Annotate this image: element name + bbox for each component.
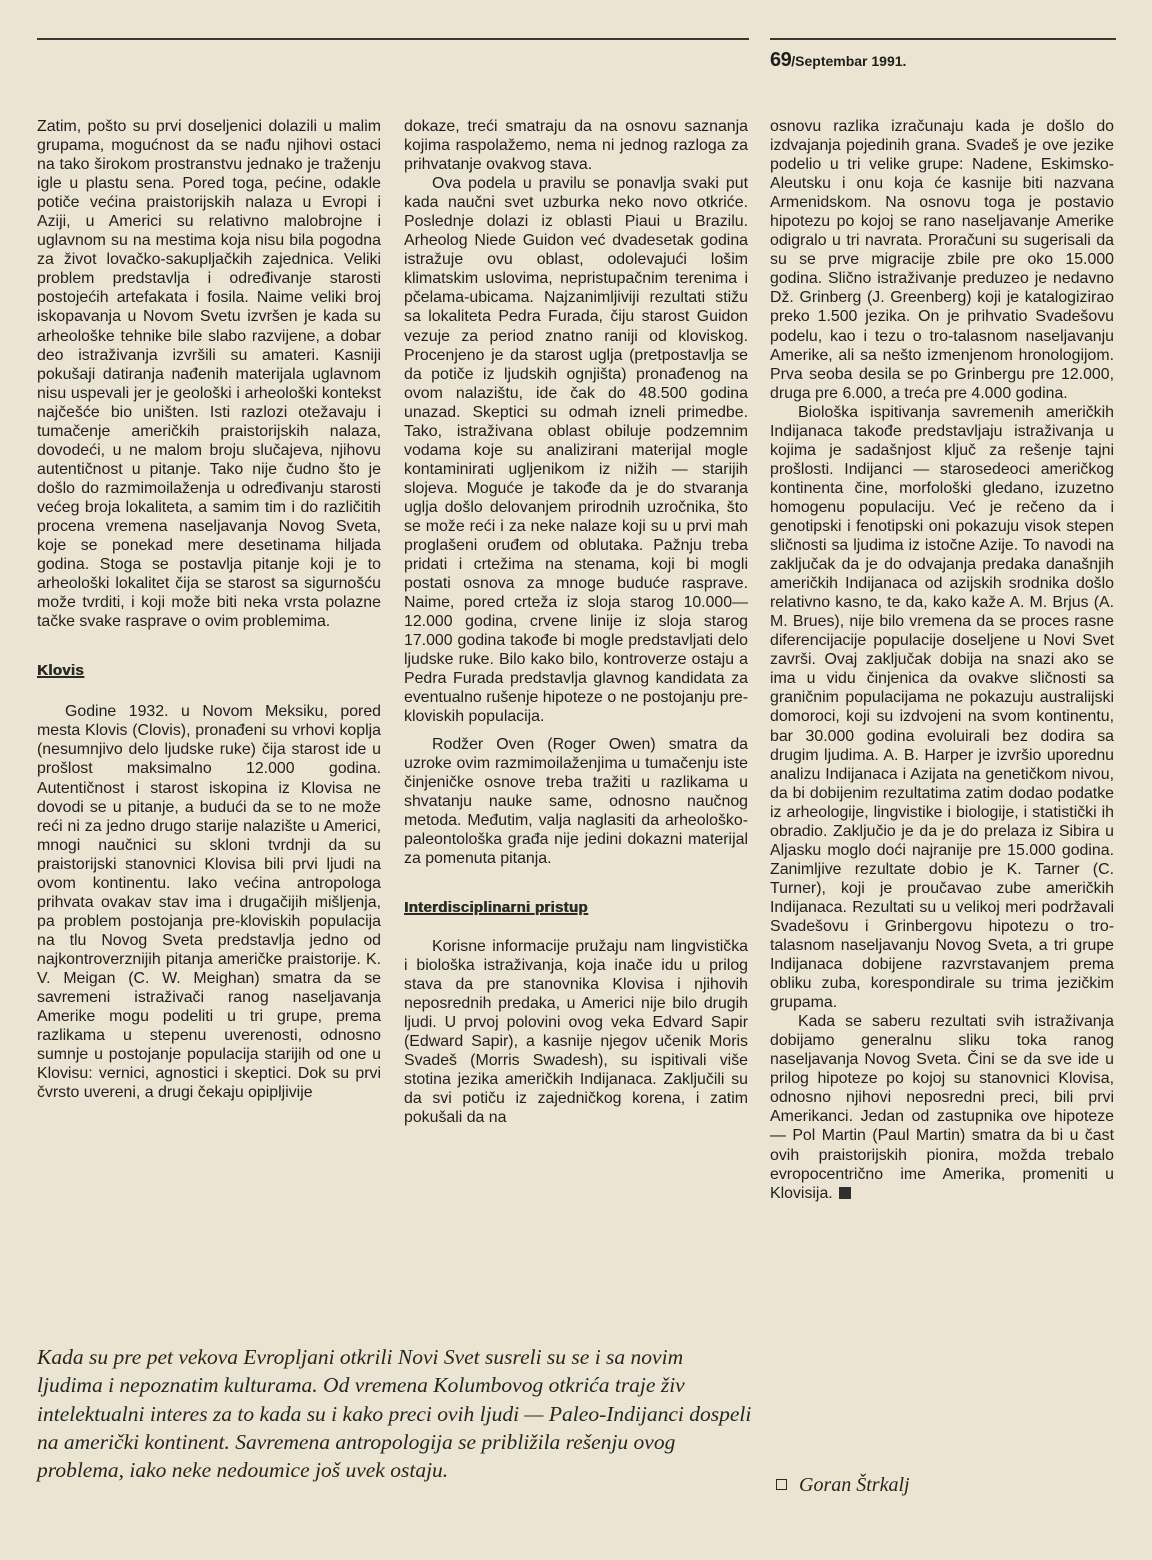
- paragraph: Zatim, pošto su prvi doseljenici dolazil…: [37, 117, 381, 631]
- lead-paragraph: Kada su pre pet vekova Evropljani otkril…: [37, 1343, 753, 1484]
- paragraph: Ova podela u pravilu se ponavlja svaki p…: [404, 174, 748, 726]
- hollow-square-icon: [776, 1479, 787, 1490]
- paragraph-text: Kada se saberu rezultati svih istraživan…: [770, 1013, 1114, 1201]
- paragraph: Godine 1932. u Novom Meksiku, pored mest…: [37, 702, 381, 1102]
- author-name: Goran Štrkalj: [799, 1474, 910, 1496]
- paragraph: osnovu razlika izračunaju kada je došlo …: [770, 117, 1114, 403]
- paragraph: Biološka ispitivanja savremenih američki…: [770, 403, 1114, 1013]
- paragraph: Korisne informacije pružaju nam lingvist…: [404, 937, 748, 1127]
- issue-number: 69: [770, 49, 791, 71]
- issue-label: 69/Septembar 1991.: [770, 49, 906, 72]
- article-column-3: osnovu razlika izračunaju kada je došlo …: [770, 117, 1114, 1203]
- section-heading-klovis: Klovis: [37, 661, 84, 680]
- article-column-2: dokaze, treći smatraju da na osnovu sazn…: [404, 117, 748, 1127]
- paragraph: dokaze, treći smatraju da na osnovu sazn…: [404, 117, 748, 174]
- issue-date: /Septembar 1991.: [791, 53, 906, 69]
- end-of-article-square-icon: [839, 1187, 851, 1199]
- section-heading-interdisciplinary: Interdisciplinarni pristup: [404, 898, 588, 917]
- article-column-1: Zatim, pošto su prvi doseljenici dolazil…: [37, 117, 381, 1102]
- header-rule-right: [770, 38, 1116, 40]
- byline: Goran Štrkalj: [776, 1474, 910, 1497]
- header-rule-left: [37, 38, 749, 40]
- paragraph-final: Kada se saberu rezultati svih istraživan…: [770, 1012, 1114, 1202]
- paragraph: Rodžer Oven (Roger Owen) smatra da uzrok…: [404, 735, 748, 868]
